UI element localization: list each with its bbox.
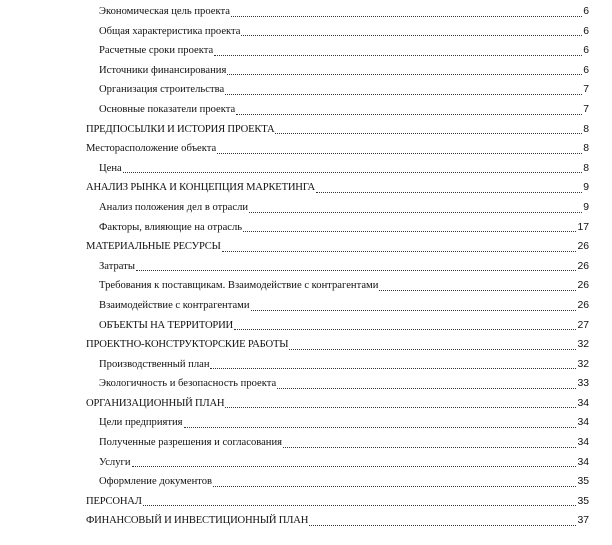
toc-entry-title: Факторы, влияющие на отрасль [99, 218, 242, 238]
toc-entry-page-number: 6 [583, 61, 589, 81]
dot-leader [316, 191, 582, 193]
toc-entry-page-number: 32 [577, 335, 589, 355]
dot-leader [217, 152, 582, 154]
toc-entry-page-number: 33 [577, 374, 589, 394]
toc-entry-page-number: 9 [583, 178, 589, 198]
toc-entry-page-number: 9 [583, 198, 589, 218]
dot-leader [227, 73, 582, 75]
toc-entry-page-number: 6 [583, 22, 589, 42]
toc-entry-title: Экономическая цель проекта [99, 2, 230, 22]
toc-entry-title: ОБЪЕКТЫ НА ТЕРРИТОРИИ [99, 316, 233, 336]
toc-entry[interactable]: Общая характеристика проекта 6 [0, 22, 612, 42]
dot-leader [136, 269, 576, 271]
toc-entry[interactable]: Оформление документов 35 [0, 472, 612, 492]
toc-entry[interactable]: ПРЕДПОСЫЛКИ И ИСТОРИЯ ПРОЕКТА 8 [0, 120, 612, 140]
toc-entry-title: Источники финансирования [99, 61, 226, 81]
toc-entry[interactable]: Взаимодействие с контрагентами 26 [0, 296, 612, 316]
dot-leader [289, 348, 576, 350]
dot-leader [222, 250, 577, 252]
toc-entry-inner: Общая характеристика проекта 6 [99, 22, 589, 42]
toc-entry-inner: Экономическая цель проекта 6 [99, 2, 589, 22]
toc-entry-page-number: 32 [577, 355, 589, 375]
toc-entry[interactable]: Экономическая цель проекта 6 [0, 2, 612, 22]
toc-entry-title: Анализ положения дел в отрасли [99, 198, 248, 218]
dot-leader [225, 93, 582, 95]
toc-entry-inner: ПРЕДПОСЫЛКИ И ИСТОРИЯ ПРОЕКТА 8 [86, 120, 589, 140]
toc-entry-title: Полученные разрешения и согласования [99, 433, 282, 453]
toc-entry[interactable]: Цена 8 [0, 159, 612, 179]
toc-entry-title: Взаимодействие с контрагентами [99, 296, 250, 316]
toc-entry-inner: Требования к поставщикам. Взаимодействие… [99, 276, 589, 296]
toc-entry-inner: ПЕРСОНАЛ 35 [86, 492, 589, 512]
dot-leader [143, 504, 577, 506]
toc-entry-inner: ФИНАНСОВЫЙ И ИНВЕСТИЦИОННЫЙ ПЛАН 37 [86, 511, 589, 531]
toc-entry-page-number: 34 [577, 453, 589, 473]
toc-entry-page-number: 8 [583, 159, 589, 179]
dot-leader [251, 309, 577, 311]
toc-entry-inner: ПРОЕКТНО-КОНСТРУКТОРСКИЕ РАБОТЫ 32 [86, 335, 589, 355]
toc-entry-title: МАТЕРИАЛЬНЫЕ РЕСУРСЫ [86, 237, 221, 257]
toc-entry[interactable]: Производственный план 32 [0, 355, 612, 375]
toc-entry-inner: Расчетные сроки проекта 6 [99, 41, 589, 61]
dot-leader [309, 524, 576, 526]
toc-entry[interactable]: Месторасположение объекта 8 [0, 139, 612, 159]
toc-entry[interactable]: Основные показатели проекта 7 [0, 100, 612, 120]
toc-entry-page-number: 6 [583, 2, 589, 22]
dot-leader [132, 465, 577, 467]
dot-leader [277, 387, 576, 389]
toc-entry-title: Общая характеристика проекта [99, 22, 240, 42]
toc-entry-page-number: 26 [577, 276, 589, 296]
dot-leader [213, 485, 576, 487]
toc-entry-page-number: 35 [577, 492, 589, 512]
toc-entry[interactable]: Экологичность и безопасность проекта 33 [0, 374, 612, 394]
toc-entry[interactable]: Услуги 34 [0, 453, 612, 473]
table-of-contents: Экономическая цель проекта 6 Общая харак… [0, 2, 612, 531]
toc-entry-page-number: 26 [577, 237, 589, 257]
toc-entry-page-number: 7 [583, 80, 589, 100]
toc-entry[interactable]: Анализ положения дел в отрасли 9 [0, 198, 612, 218]
toc-entry-page-number: 17 [577, 218, 589, 238]
toc-entry-page-number: 26 [577, 257, 589, 277]
toc-entry-title: Затраты [99, 257, 135, 277]
toc-entry-inner: Месторасположение объекта 8 [86, 139, 589, 159]
toc-entry-inner: Затраты 26 [99, 257, 589, 277]
toc-entry-title: АНАЛИЗ РЫНКА И КОНЦЕПЦИЯ МАРКЕТИНГА [86, 178, 315, 198]
toc-entry-title: Требования к поставщикам. Взаимодействие… [99, 276, 378, 296]
toc-entry-page-number: 34 [577, 433, 589, 453]
toc-entry[interactable]: ОРГАНИЗАЦИОННЫЙ ПЛАН 34 [0, 394, 612, 414]
dot-leader [225, 406, 576, 408]
dot-leader [283, 446, 576, 448]
toc-entry-inner: Источники финансирования 6 [99, 61, 589, 81]
toc-entry-page-number: 37 [577, 511, 589, 531]
toc-entry-title: Расчетные сроки проекта [99, 41, 213, 61]
toc-entry-title: Цена [99, 159, 122, 179]
toc-entry[interactable]: Факторы, влияющие на отрасль 17 [0, 218, 612, 238]
toc-entry[interactable]: ФИНАНСОВЫЙ И ИНВЕСТИЦИОННЫЙ ПЛАН 37 [0, 511, 612, 531]
toc-entry[interactable]: АНАЛИЗ РЫНКА И КОНЦЕПЦИЯ МАРКЕТИНГА 9 [0, 178, 612, 198]
dot-leader [231, 15, 582, 17]
toc-entry-page-number: 6 [583, 41, 589, 61]
toc-entry-page-number: 35 [577, 472, 589, 492]
toc-entry-page-number: 8 [583, 139, 589, 159]
toc-entry[interactable]: ПРОЕКТНО-КОНСТРУКТОРСКИЕ РАБОТЫ 32 [0, 335, 612, 355]
toc-entry-title: Организация строительства [99, 80, 224, 100]
toc-entry[interactable]: Расчетные сроки проекта 6 [0, 41, 612, 61]
dot-leader [236, 113, 582, 115]
dot-leader [379, 289, 576, 291]
toc-entry-title: Экологичность и безопасность проекта [99, 374, 276, 394]
dot-leader [184, 426, 577, 428]
toc-entry[interactable]: Требования к поставщикам. Взаимодействие… [0, 276, 612, 296]
toc-entry[interactable]: МАТЕРИАЛЬНЫЕ РЕСУРСЫ 26 [0, 237, 612, 257]
toc-entry-inner: Взаимодействие с контрагентами 26 [99, 296, 589, 316]
toc-entry-inner: Производственный план 32 [99, 355, 589, 375]
toc-entry-inner: Оформление документов 35 [99, 472, 589, 492]
toc-entry-title: ФИНАНСОВЫЙ И ИНВЕСТИЦИОННЫЙ ПЛАН [86, 511, 308, 531]
dot-leader [210, 367, 576, 369]
toc-entry[interactable]: ОБЪЕКТЫ НА ТЕРРИТОРИИ 27 [0, 316, 612, 336]
toc-entry-title: Месторасположение объекта [86, 139, 216, 159]
toc-entry-title: Производственный план [99, 355, 209, 375]
toc-entry-inner: Факторы, влияющие на отрасль 17 [99, 218, 589, 238]
toc-entry[interactable]: ПЕРСОНАЛ 35 [0, 492, 612, 512]
toc-entry-inner: Экологичность и безопасность проекта 33 [99, 374, 589, 394]
toc-entry[interactable]: Затраты 26 [0, 257, 612, 277]
toc-entry[interactable]: Цели предприятия 34 [0, 413, 612, 433]
dot-leader [243, 230, 576, 232]
toc-entry-inner: ОБЪЕКТЫ НА ТЕРРИТОРИИ 27 [99, 316, 589, 336]
toc-entry-title: Оформление документов [99, 472, 212, 492]
toc-entry-title: Основные показатели проекта [99, 100, 235, 120]
dot-leader [214, 54, 582, 56]
dot-leader [249, 211, 582, 213]
dot-leader [241, 34, 582, 36]
toc-entry-inner: Цели предприятия 34 [99, 413, 589, 433]
toc-entry-inner: ОРГАНИЗАЦИОННЫЙ ПЛАН 34 [86, 394, 589, 414]
toc-entry-title: ПЕРСОНАЛ [86, 492, 142, 512]
toc-entry-title: Услуги [99, 453, 131, 473]
toc-entry[interactable]: Полученные разрешения и согласования 34 [0, 433, 612, 453]
toc-entry[interactable]: Источники финансирования 6 [0, 61, 612, 81]
toc-entry-page-number: 27 [577, 316, 589, 336]
toc-entry-title: ПРЕДПОСЫЛКИ И ИСТОРИЯ ПРОЕКТА [86, 120, 274, 140]
dot-leader [275, 132, 582, 134]
toc-entry-page-number: 8 [583, 120, 589, 140]
toc-entry-page-number: 34 [577, 394, 589, 414]
toc-entry-page-number: 26 [577, 296, 589, 316]
toc-entry-inner: Полученные разрешения и согласования 34 [99, 433, 589, 453]
toc-entry-inner: АНАЛИЗ РЫНКА И КОНЦЕПЦИЯ МАРКЕТИНГА 9 [86, 178, 589, 198]
toc-entry-title: ПРОЕКТНО-КОНСТРУКТОРСКИЕ РАБОТЫ [86, 335, 288, 355]
toc-entry[interactable]: Организация строительства 7 [0, 80, 612, 100]
toc-entry-title: Цели предприятия [99, 413, 183, 433]
toc-entry-inner: Организация строительства 7 [99, 80, 589, 100]
toc-entry-inner: Основные показатели проекта 7 [99, 100, 589, 120]
toc-entry-inner: МАТЕРИАЛЬНЫЕ РЕСУРСЫ 26 [86, 237, 589, 257]
toc-entry-inner: Услуги 34 [99, 453, 589, 473]
toc-entry-page-number: 34 [577, 413, 589, 433]
toc-entry-page-number: 7 [583, 100, 589, 120]
toc-entry-inner: Цена 8 [99, 159, 589, 179]
dot-leader [123, 171, 582, 173]
dot-leader [234, 328, 576, 330]
toc-entry-inner: Анализ положения дел в отрасли 9 [99, 198, 589, 218]
toc-entry-title: ОРГАНИЗАЦИОННЫЙ ПЛАН [86, 394, 224, 414]
